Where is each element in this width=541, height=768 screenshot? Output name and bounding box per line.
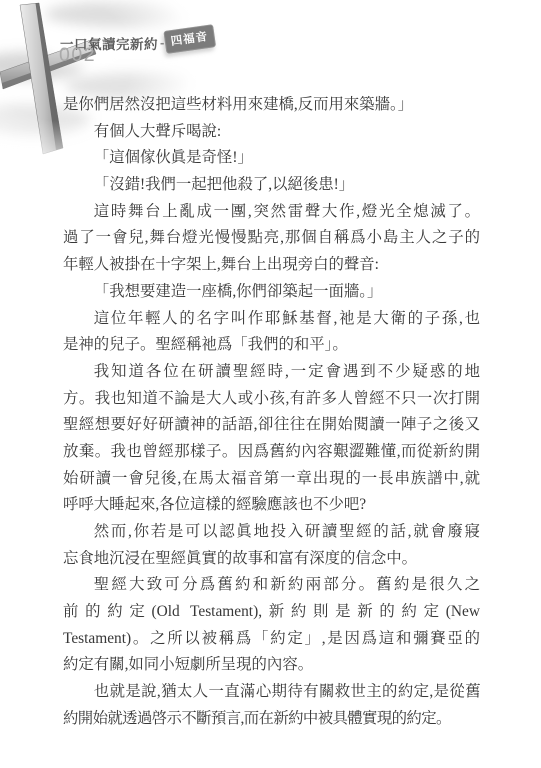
text-line: 是神的兒子。聖經稱祂爲「我們的和平」。 <box>63 332 480 359</box>
text-line: 忘食地沉浸在聖經眞實的故事和富有深度的信念中。 <box>63 546 480 573</box>
text-line: 前的約定(Old Testament),新約則是新的約定(New <box>63 599 480 626</box>
text-line: 「沒錯!我們一起把他殺了,以絕後患!」 <box>63 172 480 199</box>
text-line: 呼呼大睡起來,各位這樣的經驗應該也不少吧? <box>63 492 480 519</box>
text-line: 「這個傢伙眞是奇怪!」 <box>63 145 480 172</box>
text-line: 也就是說,猶太人一直滿心期待有關救世主的約定,是從舊 <box>63 679 480 706</box>
text-line: 聖經大致可分爲舊約和新約兩部分。舊約是很久之 <box>63 572 480 599</box>
text-line: 這時舞台上亂成一團,突然雷聲大作,燈光全熄滅了。 <box>63 199 480 226</box>
text-line: 約開始就透過啓示不斷預言,而在新約中被具體實現的約定。 <box>63 706 480 733</box>
page-header: 一口氣讀完新約 - 四福音 002 <box>0 0 320 80</box>
text-line: 我知道各位在研讀聖經時,一定會遇到不少疑惑的地 <box>63 359 480 386</box>
text-line: 約定有關,如同小短劇所呈現的內容。 <box>63 652 480 679</box>
text-line: 有個人大聲斥喝說: <box>63 119 480 146</box>
text-line: 然而,你若是可以認眞地投入研讀聖經的話,就會廢寢 <box>63 519 480 546</box>
text-line: 「我想要建造一座橋,你們卻築起一面牆。」 <box>63 279 480 306</box>
book-page: 一口氣讀完新約 - 四福音 002 是你們居然沒把這些材料用來建橋,反而用來築牆… <box>0 0 541 768</box>
text-line: Testament)。之所以被稱爲「約定」,是因爲這和彌賽亞的 <box>63 626 480 653</box>
body-text: 是你們居然沒把這些材料用來建橋,反而用來築牆。」有個人大聲斥喝說:「這個傢伙眞是… <box>63 92 480 733</box>
text-line: 年輕人被掛在十字架上,舞台上出現旁白的聲音: <box>63 252 480 279</box>
text-line: 過了一會兒,舞台燈光慢慢點亮,那個自稱爲小島主人之子的 <box>63 225 480 252</box>
text-line: 放棄。我也曾經那樣子。因爲舊約內容艱澀難懂,而從新約開 <box>63 439 480 466</box>
gospels-badge: 四福音 <box>164 24 216 54</box>
text-line: 始研讀一會兒後,在馬太福音第一章出現的一長串族譜中,就 <box>63 466 480 493</box>
text-line: 這位年輕人的名字叫作耶穌基督,祂是大衛的子孫,也 <box>63 306 480 333</box>
text-line: 聖經想要好好研讀神的話語,卻往往在開始閱讀一陣子之後又 <box>63 412 480 439</box>
text-line: 方。我也知道不論是大人或小孩,有許多人曾經不只一次打開 <box>63 386 480 413</box>
text-line: 是你們居然沒把這些材料用來建橋,反而用來築牆。」 <box>63 92 480 119</box>
page-number: 002 <box>59 44 96 67</box>
